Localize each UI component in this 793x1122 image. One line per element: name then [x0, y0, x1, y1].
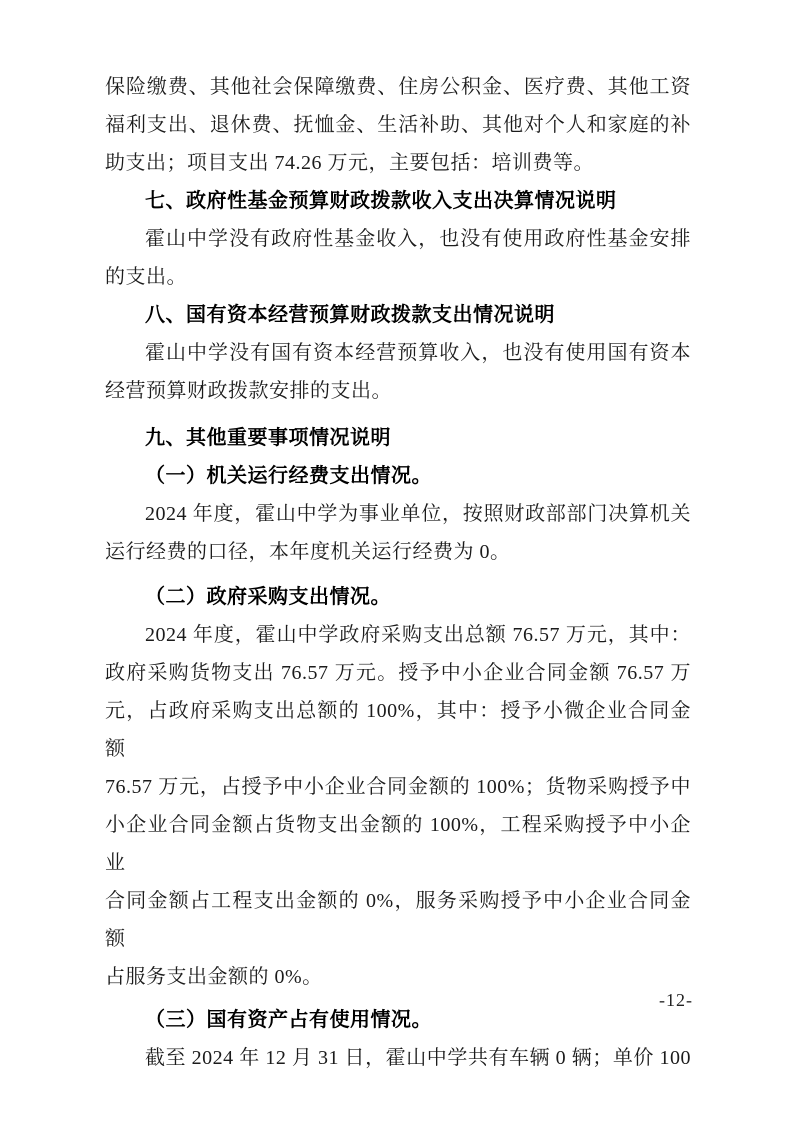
paragraph-line: 小企业合同金额占货物支出金额的 100%，工程采购授予中小企业: [105, 806, 691, 882]
paragraph-line: 保险缴费、其他社会保障缴费、住房公积金、医疗费、其他工资: [105, 68, 691, 106]
subsection-heading-state-assets: （三）国有资产占有使用情况。: [105, 1001, 691, 1039]
subsection-heading-procurement: （二）政府采购支出情况。: [105, 578, 691, 616]
paragraph-line: 截至 2024 年 12 月 31 日，霍山中学共有车辆 0 辆；单价 100: [105, 1039, 691, 1077]
document-body: 保险缴费、其他社会保障缴费、住房公积金、医疗费、其他工资 福利支出、退休费、抚恤…: [105, 68, 691, 1077]
section-heading-other-matters: 九、其他重要事项情况说明: [105, 419, 691, 457]
paragraph-line: 助支出；项目支出 74.26 万元，主要包括：培训费等。: [105, 144, 691, 182]
subsection-heading-operating-expense: （一）机关运行经费支出情况。: [105, 457, 691, 495]
document-page: 保险缴费、其他社会保障缴费、住房公积金、医疗费、其他工资 福利支出、退休费、抚恤…: [0, 0, 793, 1122]
paragraph-line: 霍山中学没有政府性基金收入，也没有使用政府性基金安排: [105, 220, 691, 258]
paragraph-line: 经营预算财政拨款安排的支出。: [105, 372, 691, 410]
paragraph-line: 2024 年度，霍山中学为事业单位，按照财政部部门决算机关: [105, 495, 691, 533]
paragraph-line: 76.57 万元，占授予中小企业合同金额的 100%；货物采购授予中: [105, 768, 691, 806]
paragraph-line: 霍山中学没有国有资本经营预算收入，也没有使用国有资本: [105, 334, 691, 372]
section-heading-gov-fund: 七、政府性基金预算财政拨款收入支出决算情况说明: [105, 182, 691, 220]
paragraph-line: 2024 年度，霍山中学政府采购支出总额 76.57 万元，其中：: [105, 616, 691, 654]
paragraph-line: 的支出。: [105, 258, 691, 296]
paragraph-line: 元，占政府采购支出总额的 100%，其中：授予小微企业合同金额: [105, 692, 691, 768]
paragraph-line: 占服务支出金额的 0%。: [105, 958, 691, 996]
paragraph-line: 政府采购货物支出 76.57 万元。授予中小企业合同金额 76.57 万: [105, 654, 691, 692]
page-number: -12-: [659, 988, 693, 1012]
paragraph-line: 福利支出、退休费、抚恤金、生活补助、其他对个人和家庭的补: [105, 106, 691, 144]
section-heading-state-capital: 八、国有资本经营预算财政拨款支出情况说明: [105, 296, 691, 334]
paragraph-line: 合同金额占工程支出金额的 0%，服务采购授予中小企业合同金额: [105, 882, 691, 958]
paragraph-line: 运行经费的口径，本年度机关运行经费为 0。: [105, 533, 691, 571]
